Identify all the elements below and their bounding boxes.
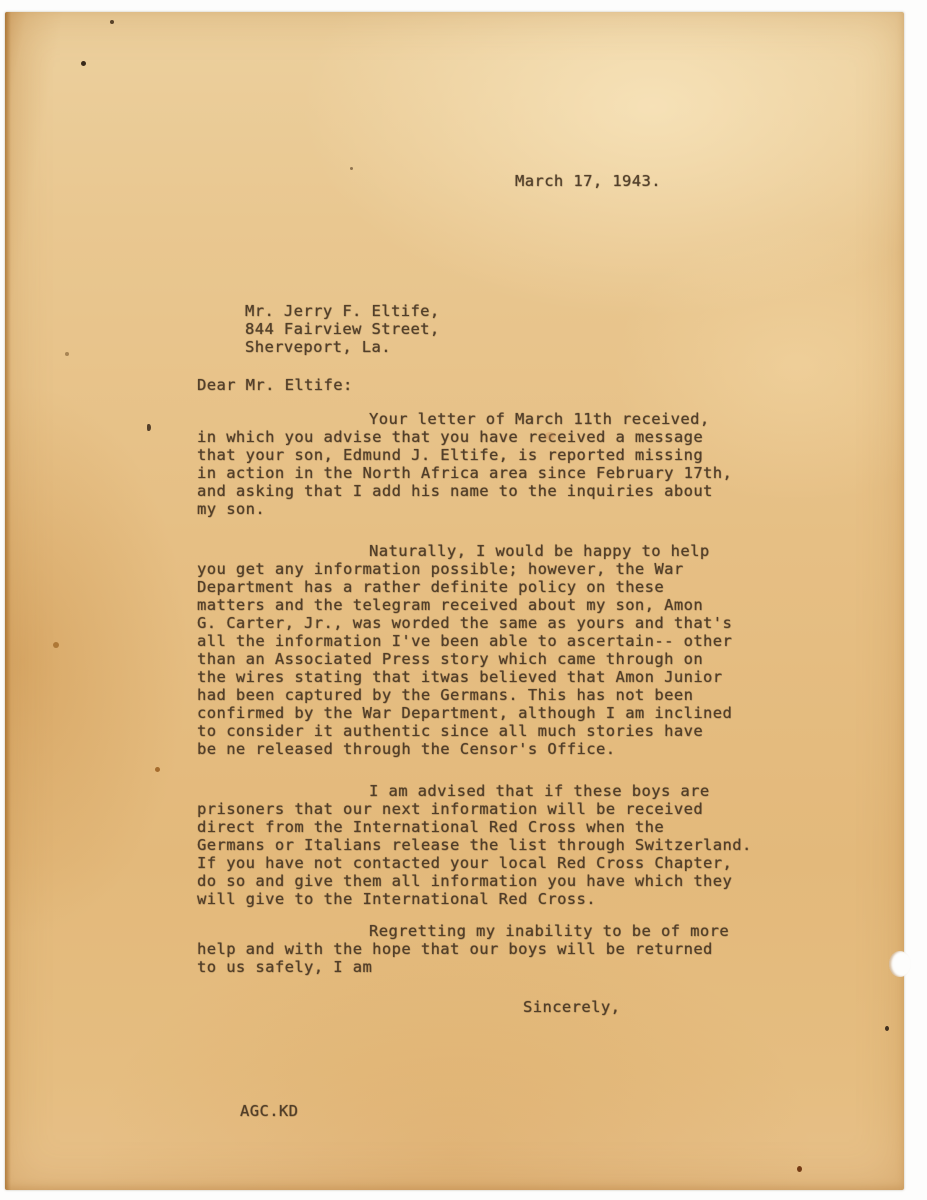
- salutation: Dear Mr. Eltife:: [197, 376, 353, 394]
- paper-speck: [110, 20, 114, 24]
- paper-speck: [545, 432, 555, 440]
- paper-speck: [797, 1166, 802, 1172]
- paragraph-4: Regretting my inability to be of more he…: [197, 922, 765, 976]
- paper-left-edge-shadow: [5, 12, 11, 1190]
- paper-speck: [147, 424, 151, 431]
- paragraph-2: Naturally, I would be happy to help you …: [197, 542, 765, 758]
- recipient-address: Mr. Jerry F. Eltife, 844 Fairview Street…: [245, 302, 440, 356]
- paper-speck: [81, 61, 86, 66]
- paragraph-3: I am advised that if these boys are pris…: [197, 782, 765, 908]
- paper-speck: [155, 767, 160, 772]
- typist-initials: AGC.KD: [240, 1102, 298, 1120]
- paper-speck: [885, 1026, 889, 1031]
- paper-speck: [65, 352, 69, 356]
- paper-edge-notch: [889, 951, 911, 977]
- letter-date: March 17, 1943.: [515, 172, 661, 190]
- paragraph-1: Your letter of March 11th received, in w…: [197, 410, 765, 518]
- scanned-letter-page: March 17, 1943. Mr. Jerry F. Eltife, 844…: [0, 0, 927, 1200]
- paper-speck: [350, 167, 353, 170]
- paper-speck: [53, 642, 59, 648]
- letter-paper: March 17, 1943. Mr. Jerry F. Eltife, 844…: [5, 12, 904, 1190]
- closing: Sincerely,: [523, 998, 620, 1016]
